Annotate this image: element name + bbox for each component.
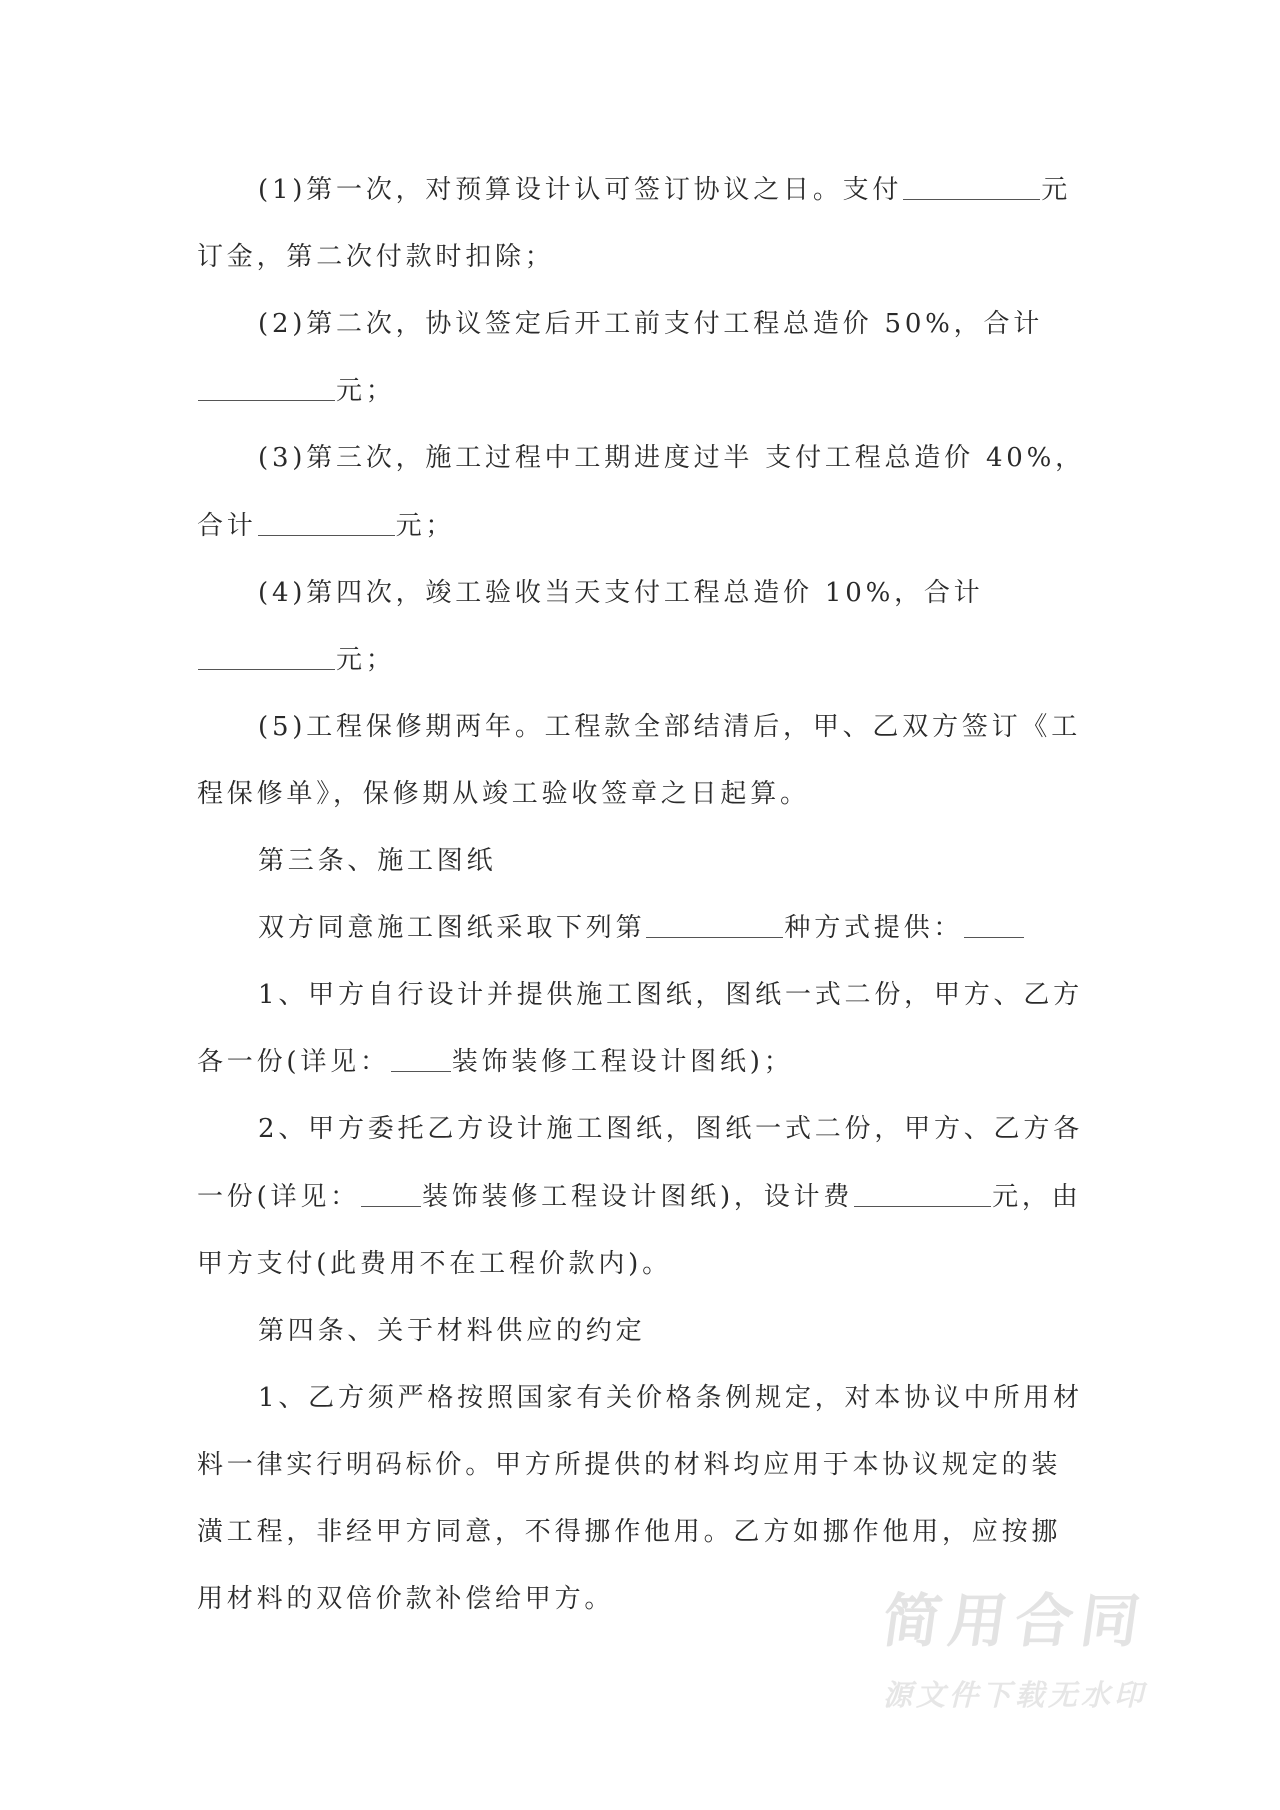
- line-text: 元，由: [992, 1182, 1081, 1212]
- line-text: 元；: [336, 645, 396, 675]
- document-page: (1)第一次，对预算设计认可签订协议之日。支付元订金，第二次付款时扣除；(2)第…: [0, 0, 1280, 1810]
- line-text: 装饰装修工程设计图纸)，设计费: [422, 1182, 853, 1212]
- line-text: 第三条、施工图纸: [258, 846, 496, 876]
- fill-in-blank: [646, 911, 783, 938]
- fill-in-blank: [964, 911, 1024, 938]
- fill-in-blank: [903, 173, 1040, 200]
- line-text: 1、甲方自行设计并提供施工图纸，图纸一式二份，甲方、乙方: [258, 980, 1083, 1010]
- watermark: 简用合同 源文件下载无水印: [883, 1590, 1183, 1712]
- document-line: 订金，第二次付款时扣除；: [197, 240, 555, 274]
- line-text: 第四条、关于材料供应的约定: [258, 1316, 645, 1346]
- document-line: 合计元；: [197, 509, 455, 543]
- document-line: (5)工程保修期两年。工程款全部结清后，甲、乙双方签订《工: [258, 710, 1081, 744]
- line-text: 元；: [336, 376, 396, 406]
- fill-in-blank: [198, 643, 335, 670]
- document-line: 1、乙方须严格按照国家有关价格条例规定，对本协议中所用材: [258, 1381, 1083, 1415]
- line-text: 双方同意施工图纸采取下列第: [258, 913, 645, 943]
- fill-in-blank: [258, 509, 395, 536]
- fill-in-blank: [198, 374, 335, 401]
- line-text: (1)第一次，对预算设计认可签订协议之日。支付: [258, 175, 902, 205]
- line-text: 装饰装修工程设计图纸)；: [452, 1047, 794, 1077]
- document-line: 潢工程，非经甲方同意，不得挪作他用。乙方如挪作他用，应按挪: [197, 1515, 1061, 1549]
- document-line: 程保修单》，保修期从竣工验收签章之日起算。: [197, 777, 810, 811]
- line-text: 2、甲方委托乙方设计施工图纸，图纸一式二份，甲方、乙方各: [258, 1114, 1083, 1144]
- line-text: (5)工程保修期两年。工程款全部结清后，甲、乙双方签订《工: [258, 712, 1081, 742]
- document-line: 第三条、施工图纸: [258, 844, 496, 878]
- document-line: 1、甲方自行设计并提供施工图纸，图纸一式二份，甲方、乙方: [258, 978, 1083, 1012]
- line-text: 种方式提供：: [784, 913, 963, 943]
- line-text: 订金，第二次付款时扣除；: [197, 242, 555, 272]
- document-line: 甲方支付(此费用不在工程价款内)。: [197, 1247, 672, 1281]
- line-text: (3)第三次，施工过程中工期进度过半 支付工程总造价 40%，: [258, 443, 1085, 473]
- document-line: (3)第三次，施工过程中工期进度过半 支付工程总造价 40%，: [258, 441, 1085, 475]
- fill-in-blank: [361, 1180, 421, 1207]
- document-line: 一份(详见：装饰装修工程设计图纸)，设计费元，由: [197, 1180, 1082, 1214]
- line-text: (4)第四次，竣工验收当天支付工程总造价 10%，合计: [258, 578, 983, 608]
- line-text: 潢工程，非经甲方同意，不得挪作他用。乙方如挪作他用，应按挪: [197, 1517, 1061, 1547]
- document-line: (2)第二次，协议签定后开工前支付工程总造价 50%，合计: [258, 307, 1043, 341]
- line-text: 程保修单》，保修期从竣工验收签章之日起算。: [197, 779, 810, 809]
- watermark-title: 简用合同: [879, 1590, 1188, 1652]
- line-text: 1、乙方须严格按照国家有关价格条例规定，对本协议中所用材: [258, 1383, 1083, 1413]
- line-text: 用材料的双倍价款补偿给甲方。: [197, 1584, 614, 1614]
- document-line: 元；: [197, 643, 396, 677]
- line-text: 一份(详见：: [197, 1182, 360, 1212]
- document-line: 用材料的双倍价款补偿给甲方。: [197, 1582, 614, 1616]
- document-line: 2、甲方委托乙方设计施工图纸，图纸一式二份，甲方、乙方各: [258, 1112, 1083, 1146]
- document-line: (4)第四次，竣工验收当天支付工程总造价 10%，合计: [258, 576, 983, 610]
- fill-in-blank: [391, 1045, 451, 1072]
- document-line: (1)第一次，对预算设计认可签订协议之日。支付元: [258, 173, 1071, 207]
- watermark-subtitle: 源文件下载无水印: [883, 1678, 1183, 1712]
- line-text: 元: [1041, 175, 1071, 205]
- line-text: 各一份(详见：: [197, 1047, 390, 1077]
- line-text: 料一律实行明码标价。甲方所提供的材料均应用于本协议规定的装: [197, 1450, 1061, 1480]
- line-text: 合计: [197, 511, 257, 541]
- line-text: 元；: [396, 511, 456, 541]
- document-line: 双方同意施工图纸采取下列第种方式提供：: [258, 911, 1025, 945]
- line-text: (2)第二次，协议签定后开工前支付工程总造价 50%，合计: [258, 309, 1043, 339]
- document-line: 料一律实行明码标价。甲方所提供的材料均应用于本协议规定的装: [197, 1448, 1061, 1482]
- document-line: 元；: [197, 374, 396, 408]
- line-text: 甲方支付(此费用不在工程价款内)。: [197, 1249, 672, 1279]
- document-line: 第四条、关于材料供应的约定: [258, 1314, 645, 1348]
- fill-in-blank: [854, 1180, 991, 1207]
- document-line: 各一份(详见：装饰装修工程设计图纸)；: [197, 1045, 794, 1079]
